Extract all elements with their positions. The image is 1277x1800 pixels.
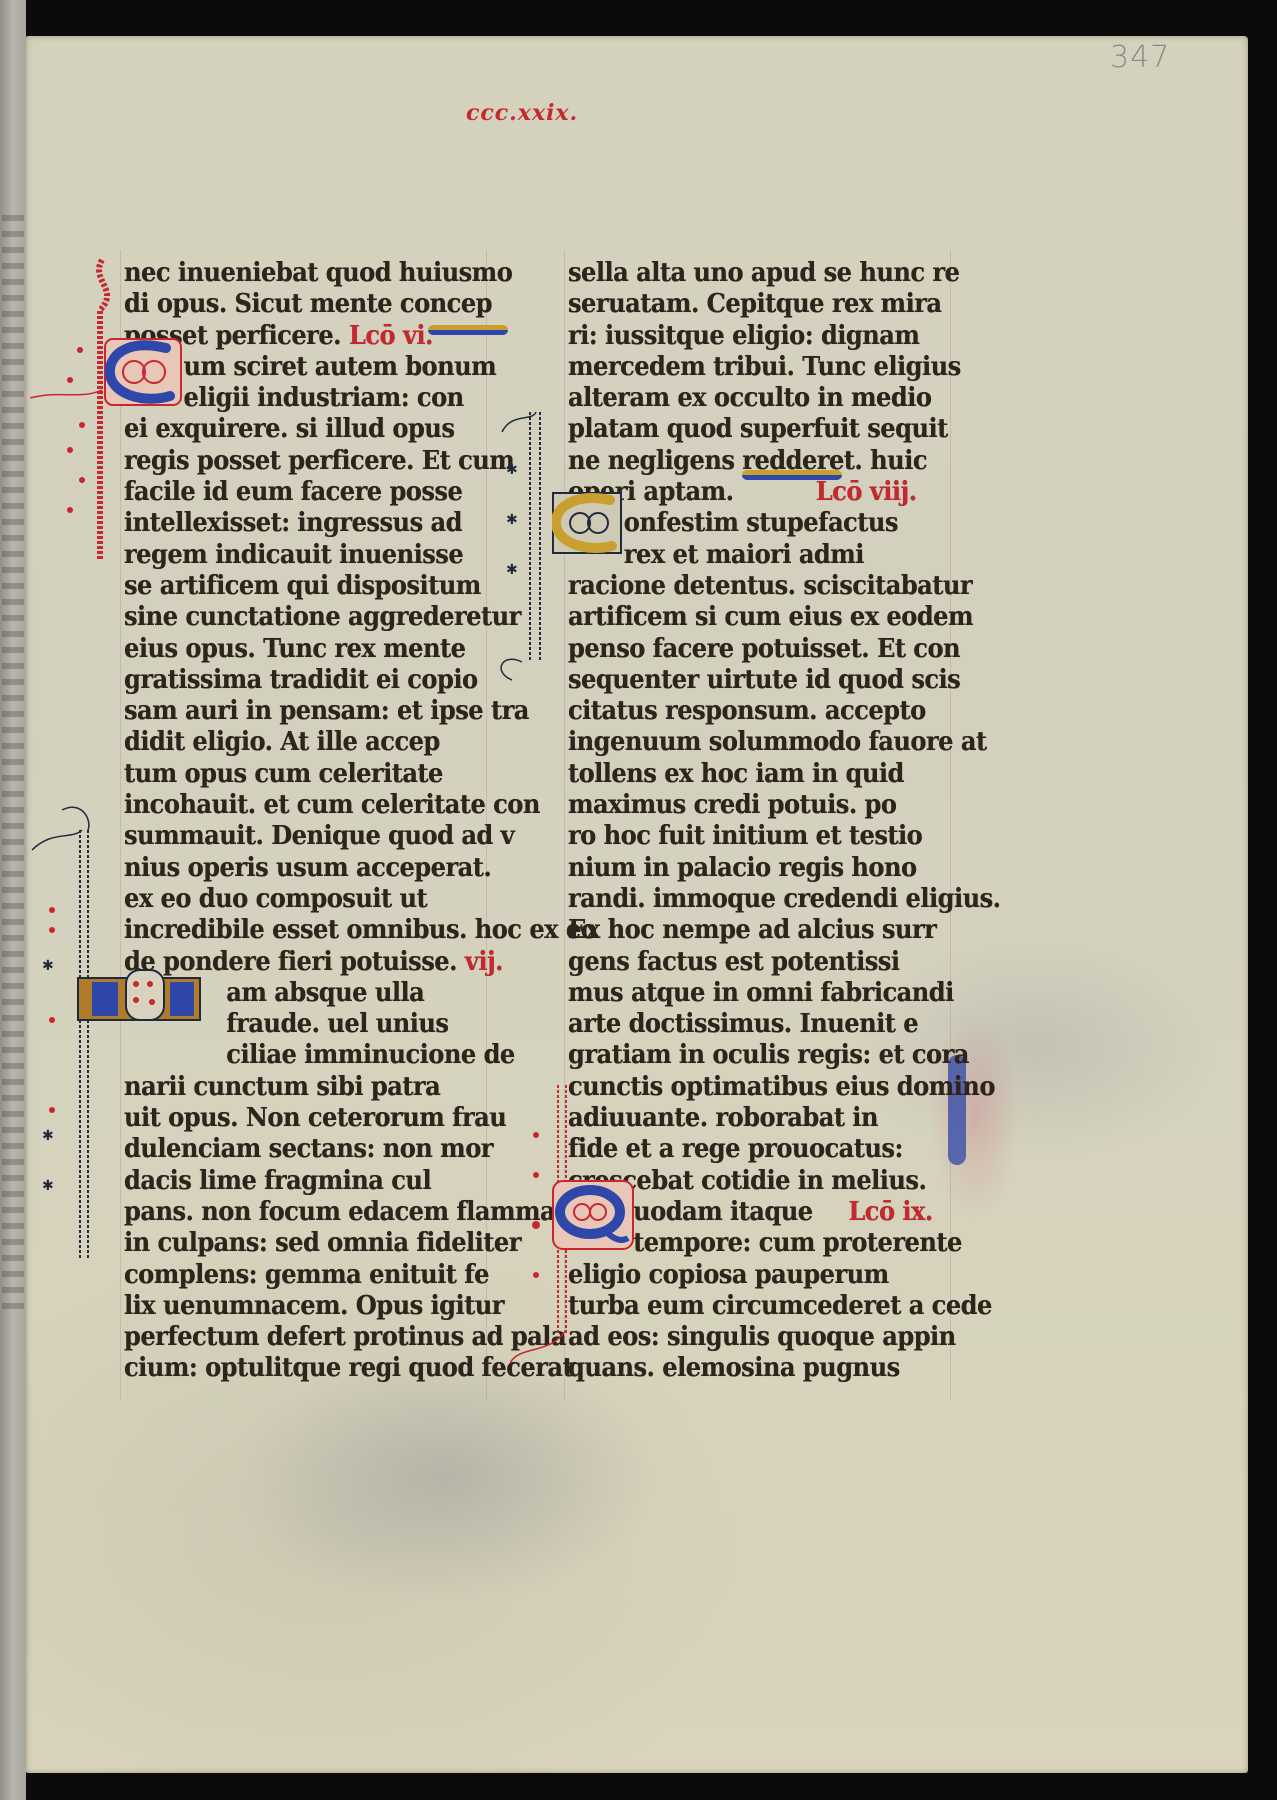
svg-text:✱: ✱	[506, 462, 518, 478]
text-line: platam quod superfuit sequit	[568, 414, 940, 445]
decorated-initial-n	[70, 958, 214, 1036]
svg-text:✱: ✱	[42, 958, 54, 974]
text-line: cunctis optimatibus eius domino	[568, 1072, 940, 1103]
svg-text:✱: ✱	[42, 1128, 54, 1144]
text-line: maximus credi potuis. po	[568, 790, 940, 821]
left-text-column: nec inueniebat quod huiusmo di opus. Sic…	[124, 258, 494, 1385]
text-line: perfectum defert protinus ad pala	[124, 1322, 468, 1353]
text-line: rex et maiori admi	[568, 540, 940, 571]
text-line: cium: optulitque regi quod fecerat	[124, 1353, 468, 1384]
svg-text:✱: ✱	[42, 1178, 54, 1194]
text-line: di opus. Sicut mente concep	[124, 289, 468, 320]
folio-number: 347	[1110, 40, 1170, 75]
text-line: Ex hoc nempe ad alcius surr	[568, 915, 940, 946]
text-line: tollens ex hoc iam in quid	[568, 759, 940, 790]
text-line: turba eum circumcederet a cede	[568, 1291, 940, 1322]
text-line: lix uenumnacem. Opus igitur	[124, 1291, 468, 1322]
text-line: se artificem qui dispositum	[124, 571, 468, 602]
initial-q-icon	[552, 1180, 634, 1250]
svg-text:✱: ✱	[506, 512, 518, 528]
text-line: tum opus cum celeritate	[124, 759, 468, 790]
facing-page-text-edge	[2, 215, 24, 1315]
text-line: mus atque in omni fabricandi	[568, 978, 940, 1009]
text-line: quans. elemosina pugnus	[568, 1353, 940, 1384]
text-line: incohauit. et cum celeritate con	[124, 790, 468, 821]
initial-gold-c-icon	[552, 492, 622, 554]
decorated-initial-c	[104, 338, 182, 406]
rubric-lectio: Lcō ix.	[848, 1197, 932, 1227]
text-line: ex eo duo composuit ut	[124, 884, 468, 915]
text-line: ciliae imminucione de	[124, 1040, 468, 1071]
text-line: pans. non focum edacem flamma	[124, 1197, 468, 1228]
text-line: nius operis usum acceperat.	[124, 853, 468, 884]
text-line: ro hoc fuit initium et testio	[568, 821, 940, 852]
text-line: dacis lime fragmina cul	[124, 1166, 468, 1197]
text-line: adiuuante. roborabat in	[568, 1103, 940, 1134]
text-line: ri: iussitque eligio: dignam	[568, 321, 940, 352]
text-line: sequenter uirtute id quod scis	[568, 665, 940, 696]
text-line: randi. immoque credendi eligius.	[568, 884, 940, 915]
text-line: fide et a rege prouocatus:	[568, 1134, 940, 1165]
initial-c-icon	[104, 338, 182, 406]
text-line: nec inueniebat quod huiusmo	[124, 258, 468, 289]
text-line: gratissima tradidit ei copio	[124, 665, 468, 696]
text-line: intellexisset: ingressus ad	[124, 508, 468, 539]
text-line: regem indicauit inuenisse	[124, 540, 468, 571]
text-line: complens: gemma enituit fe	[124, 1260, 468, 1291]
text-line: racione detentus. sciscitabatur	[568, 571, 940, 602]
running-head: ccc.xxix.	[466, 100, 578, 126]
decorated-initial-q	[552, 1180, 634, 1250]
text-line: facile id eum facere posse	[124, 477, 468, 508]
text-line: operi aptam. Lcō viij.	[568, 477, 940, 508]
text-line: sine cunctatione aggrederetur	[124, 602, 468, 633]
rubric-lectio: Lcō vi.	[349, 321, 433, 351]
text-line: ad eos: singulis quoque appin	[568, 1322, 940, 1353]
text-line: in culpans: sed omnia fideliter	[124, 1228, 468, 1259]
text-line: onfestim stupefactus	[568, 508, 940, 539]
text-line: narii cunctum sibi patra	[124, 1072, 468, 1103]
text-line: gratiam in oculis regis: et cora	[568, 1040, 940, 1071]
text-line: uit opus. Non ceterorum frau	[124, 1103, 468, 1134]
text-line: seruatam. Cepitque rex mira	[568, 289, 940, 320]
text-line: alteram ex occulto in medio	[568, 383, 940, 414]
text-line: sam auri in pensam: et ipse tra	[124, 696, 468, 727]
text-line: artificem si cum eius ex eodem	[568, 602, 940, 633]
text-line: mercedem tribui. Tunc eligius	[568, 352, 940, 383]
rubric-lectio: vij.	[465, 947, 503, 977]
text-line: regis posset perficere. Et cum	[124, 446, 468, 477]
decorated-initial-gold-c	[552, 492, 622, 554]
text-line: eligio copiosa pauperum	[568, 1260, 940, 1291]
text-line: eius opus. Tunc rex mente	[124, 634, 468, 665]
text-line: sella alta uno apud se hunc re	[568, 258, 940, 289]
text-line: summauit. Denique quod ad v	[124, 821, 468, 852]
text-line: ingenuum solummodo fauore at	[568, 727, 940, 758]
text-line: nium in palacio regis hono	[568, 853, 940, 884]
svg-text:✱: ✱	[506, 562, 518, 578]
text-line: arte doctissimus. Inuenit e	[568, 1009, 940, 1040]
text-line: ei exquirere. si illud opus	[124, 414, 468, 445]
text-line: gens factus est potentissi	[568, 947, 940, 978]
penwork-border-red	[30, 250, 130, 570]
text-line: citatus responsum. accepto	[568, 696, 940, 727]
text-line: didit eligio. At ille accep	[124, 727, 468, 758]
text-line: dulenciam sectans: non mor	[124, 1134, 468, 1165]
text-line: incredibile esset omnibus. hoc ex eo	[124, 915, 468, 946]
text-line: penso facere potuisset. Et con	[568, 634, 940, 665]
line-filler-ornament	[742, 470, 842, 480]
rubric-lectio: Lcō viij.	[816, 477, 917, 507]
initial-n-icon	[70, 958, 214, 1036]
line-filler-ornament	[428, 325, 508, 335]
